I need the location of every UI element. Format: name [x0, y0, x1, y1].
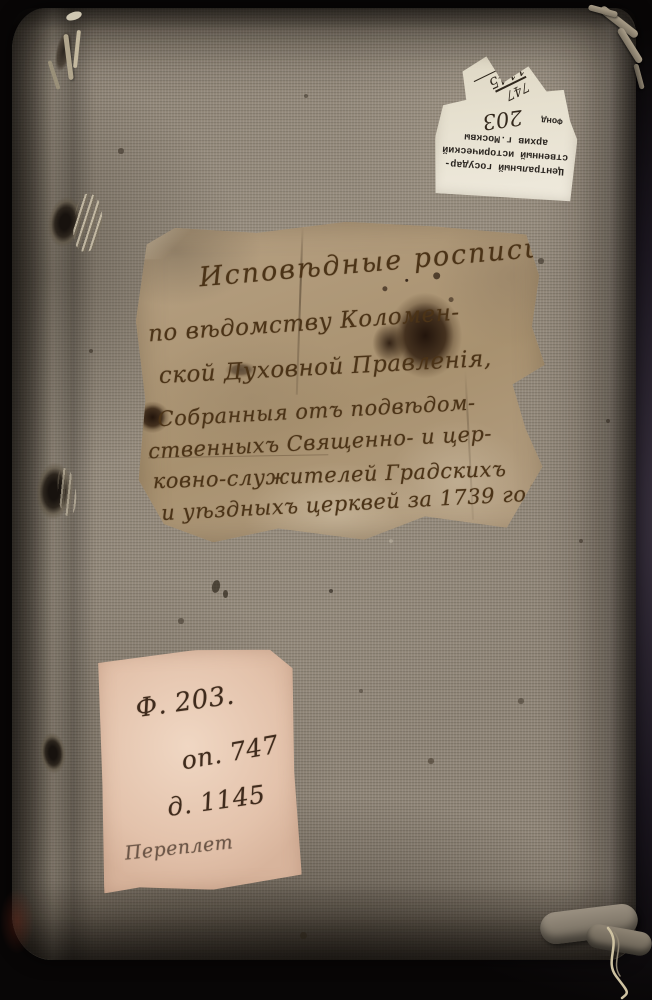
cover-top-edge-shadow: [12, 8, 636, 30]
hanging-thread: [600, 926, 644, 1000]
opis-number: оп. 747: [179, 730, 281, 776]
cover-right-edge-shadow: [596, 12, 636, 956]
title-label: Исповѣдные росписи по вѣдомству Коломен-…: [134, 218, 547, 543]
fabric-mark: [300, 932, 307, 939]
fabric-mark: [223, 590, 228, 598]
fabric-speckles: [0, 0, 2, 2]
fond-caption: Фонд: [541, 114, 563, 125]
fond-number: Ф. 203.: [134, 680, 237, 724]
photo-background: Исповѣдные росписи по вѣдомству Коломен-…: [0, 0, 652, 1000]
title-line-1: Исповѣдные росписи: [198, 232, 545, 293]
binding-note: Переплет: [124, 831, 235, 864]
background-stain: [0, 888, 34, 954]
shelf-label: Ф. 203. оп. 747 д. 1145 Переплет: [96, 647, 302, 894]
delo-number: д. 1145: [165, 780, 267, 822]
title-line-3: ской Духовной Правленія,: [158, 346, 492, 389]
